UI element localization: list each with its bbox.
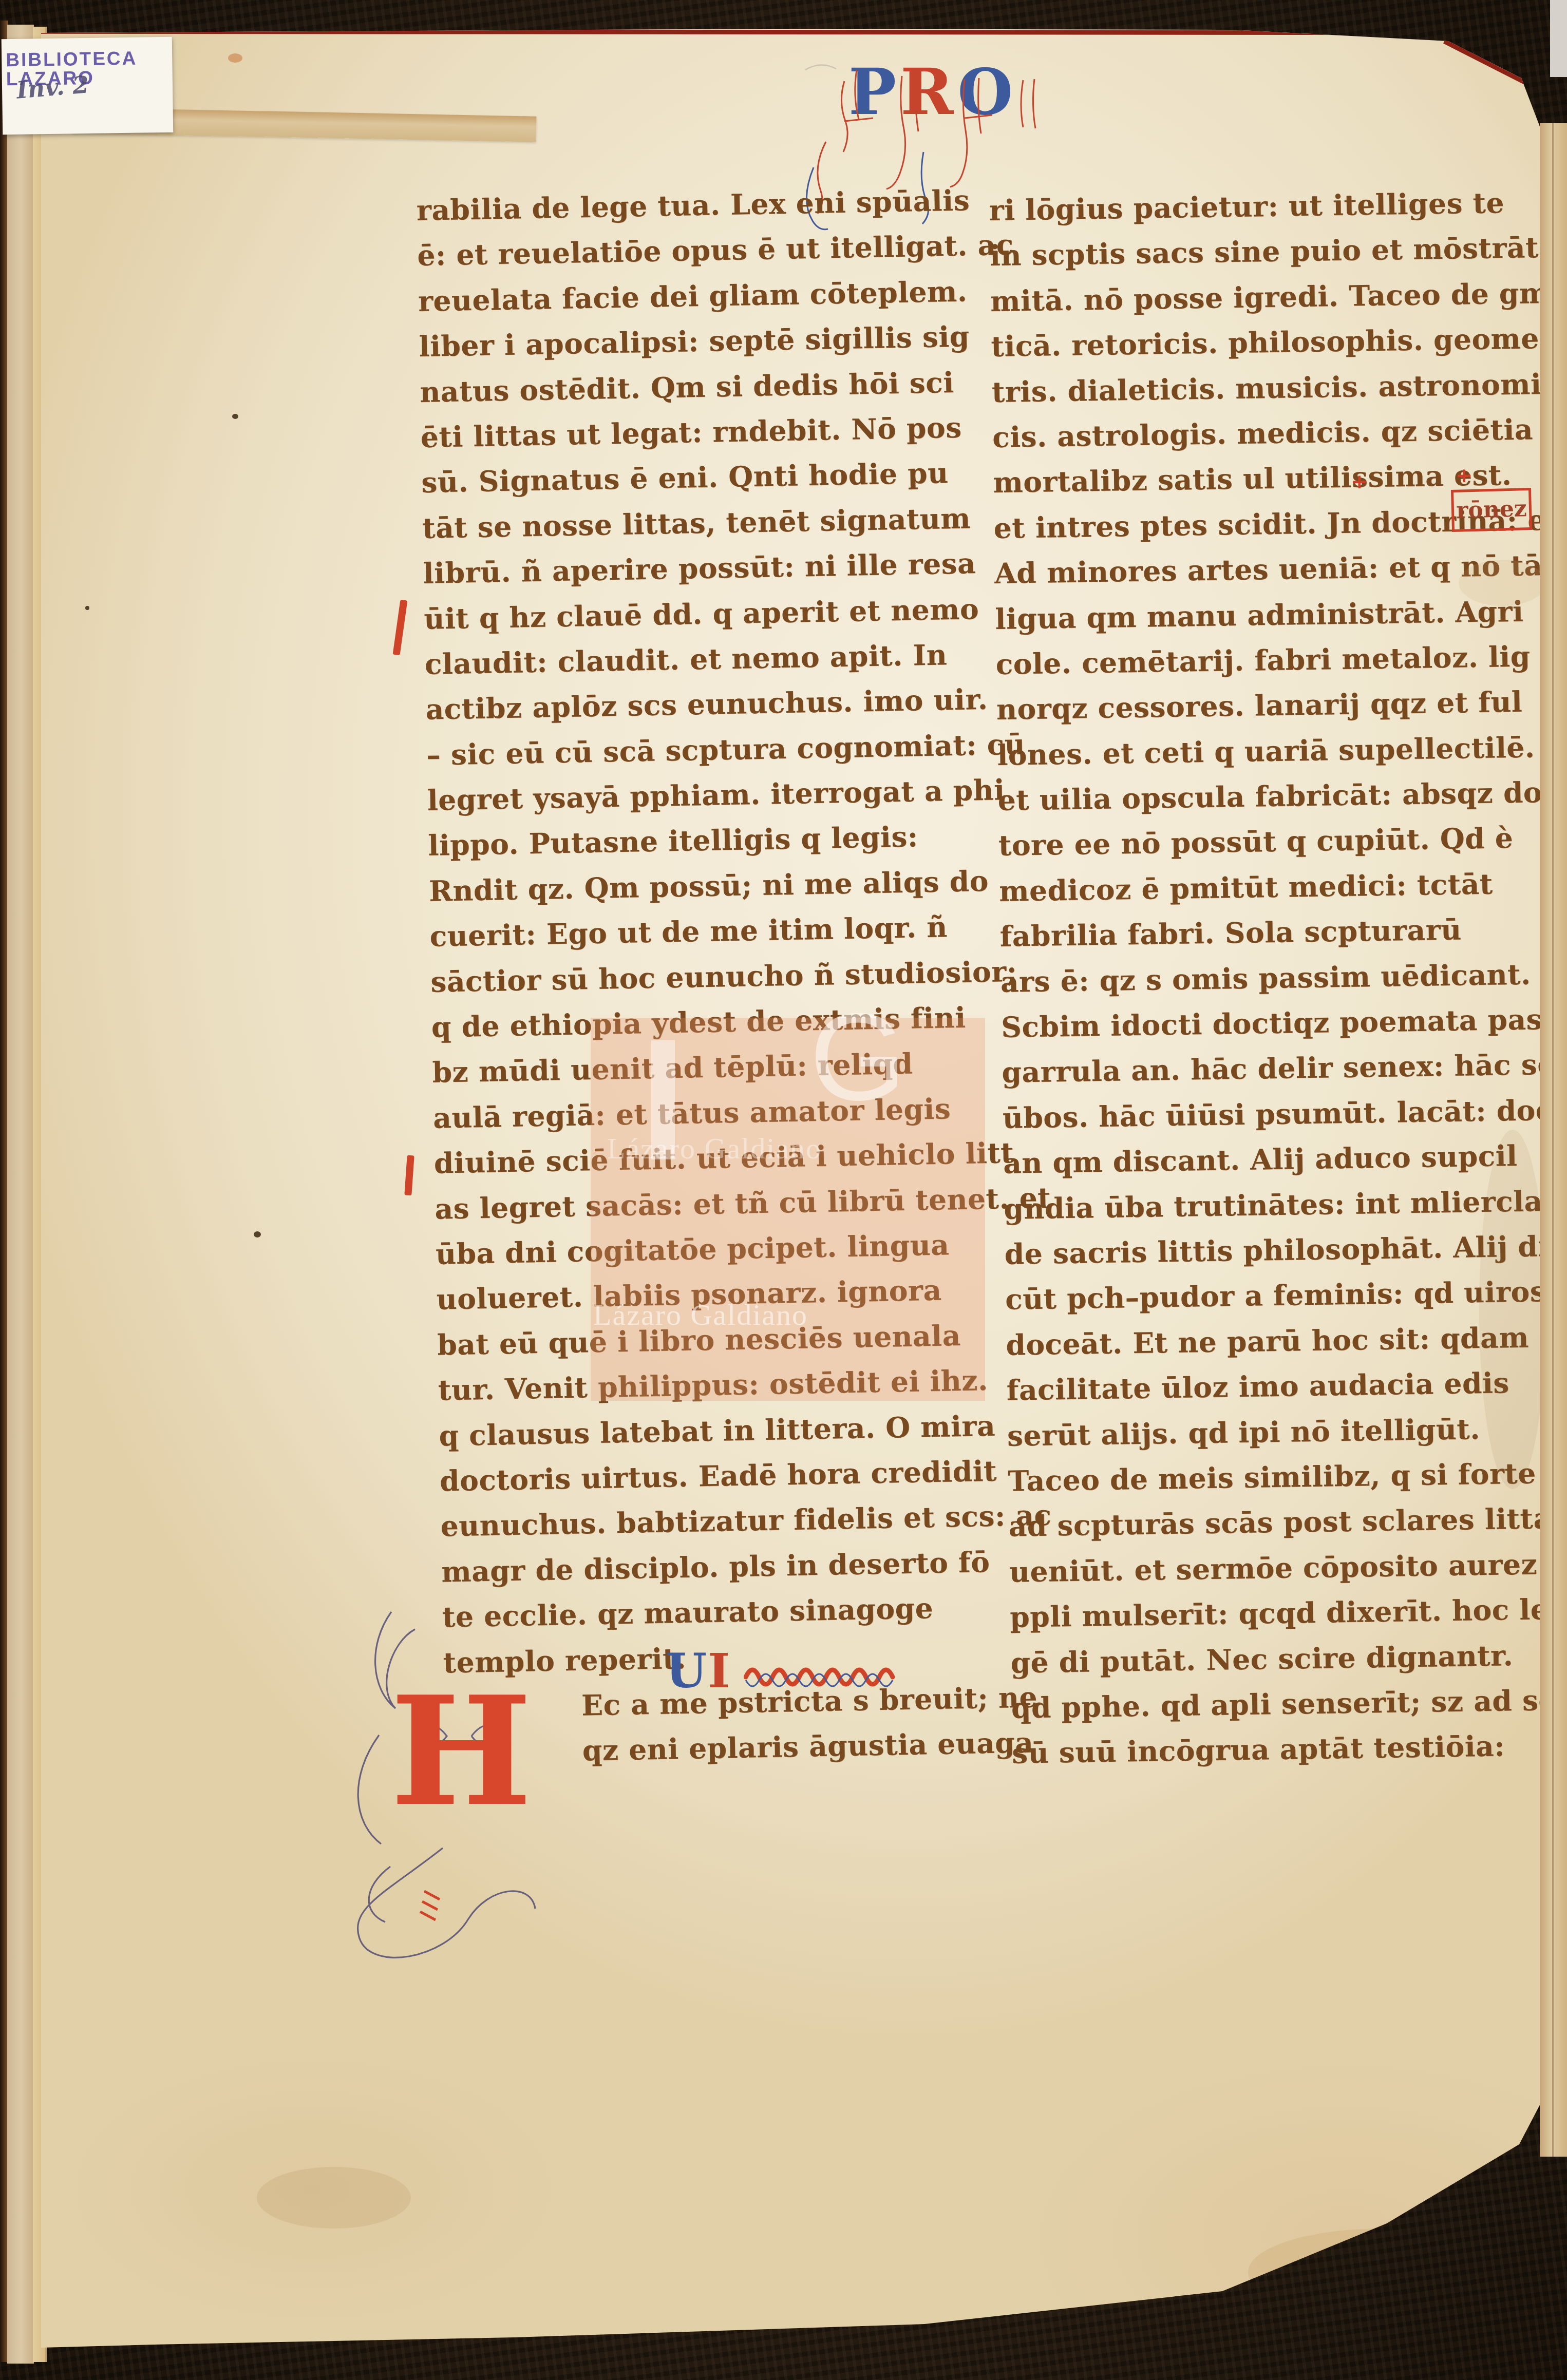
margin-note-box: rōnez [1451,488,1532,532]
right-column: ri lōgius pacietur: ut itelliges tein sc… [989,180,1567,1777]
text-line: fabrilia fabri. Sola scpturarū [999,906,1565,960]
text-line: cis. astrologis. medicis. qz sciētia [992,407,1558,461]
rope-line-filler-icon [744,1662,898,1692]
text-line: Scbim idocti doctiqz poemata passi. hāc [1001,997,1566,1051]
text-line: medicoz ē pmitūt medici: tctāt [999,860,1564,914]
fore-edge-strip [1540,123,1567,2157]
text-line: ri lōgius pacietur: ut itelliges te [989,180,1554,234]
text-line: norqz cessores. lanarij qqz et ful [996,679,1561,733]
stain [1248,2229,1515,2316]
library-label: BIBLIOTECA LAZARO Inv. 2 [2,37,174,135]
versal-ui: U I [666,1647,730,1694]
text-line: ars ē: qz s omis passim uēdicant. [1000,951,1565,1005]
stain [257,2167,411,2229]
text-line: ūbos. hāc ūiūsi psumūt. lacāt: docent [1002,1087,1567,1141]
margin-cross-icon: + [1456,465,1473,486]
margin-cross-icon: + [1351,471,1368,492]
watermark-color-block [591,1018,985,1401]
text-line: in scptis sacs sine puio et mōstrāte se [989,225,1555,279]
folio-edge-under-page [7,25,34,2364]
label-handwriting: Inv. 2 [15,72,89,102]
text-line: cole. cemētarij. fabri metaloz. lig [995,633,1561,687]
rubric-letter-touch [404,1155,414,1196]
fore-edge-crease [1552,123,1554,2157]
watermark-text: Lázaro Galdiano [607,1134,822,1164]
ink-speck [232,414,238,419]
text-line: garrula an. hāc delir senex: hāc sophist… [1002,1042,1567,1096]
watermark-letter-g: G [809,995,906,1119]
text-line: sū suū incōgrua aptāt testiōia: [1012,1723,1567,1777]
margin-note-text: rōnez [1456,498,1527,522]
decorated-initial-h: H [313,1579,591,1990]
background-object [1550,0,1567,77]
page-top-red-edge [41,29,1459,35]
rubric-paraph-mark [393,600,408,656]
manuscript-photo: P R O rabilia de leg [0,0,1567,2380]
ink-speck [254,1231,261,1237]
ink-speck [85,606,89,610]
text-line: lones. et ceti q uariā supellectilē. [997,724,1562,778]
text-line: ueniūt. et sermōe cōposito aurez [1009,1541,1567,1595]
text-line: ad scpturās scās post sclares littas [1008,1496,1567,1550]
versal-letter-blue: U [666,1647,707,1694]
text-line: serūt alijs. qd ipi nō itelligūt. [1007,1405,1567,1459]
text-line: gē di putāt. Nec scire dignantr. [1010,1632,1567,1686]
text-line: an qm discant. Alij aduco supcil [1003,1133,1567,1187]
stain [1479,1130,1546,1489]
text-line: qd pphe. qd apli senserīt; sz ad sē [1011,1677,1567,1731]
text-line: mitā. nō posse igredi. Taceo de gmā [990,270,1556,324]
text-line: et uilia opscula fabricāt: absqz doc [997,770,1563,824]
watermark-text: Lázaro Galdiano [593,1300,808,1330]
text-line: tore ee nō possūt q cupiūt. Qd è [998,815,1563,869]
stain [228,53,242,63]
text-line: gndia ūba trutinātes: int mlierclas [1004,1178,1567,1232]
parchment-page: P R O rabilia de leg [0,0,1567,2380]
stain [1459,560,1546,606]
left-column: rabilia de lege tua. Lex eni spūalisē: e… [416,178,1010,1776]
text-line: ppli mulserīt: qcqd dixerīt. hoc le [1010,1586,1567,1640]
text-line: tris. dialeticis. musicis. astronomi [991,361,1557,415]
text-line: ticā. retoricis. philosophis. geome [991,316,1556,370]
versal-letter-red: I [708,1647,730,1694]
text-line: Taceo de meis similibz, q si forte [1008,1450,1567,1504]
initial-letter: H [390,1663,532,1839]
page-top-red-edge-corner [1443,39,1544,93]
